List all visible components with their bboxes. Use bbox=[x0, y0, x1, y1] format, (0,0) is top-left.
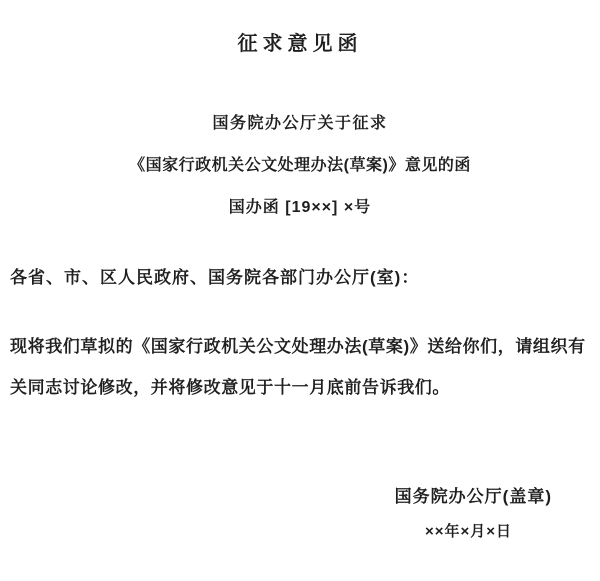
date-line: ××年×月×日 bbox=[425, 520, 512, 541]
document-number: 国办函 [19××] ×号 bbox=[0, 194, 600, 217]
document-page: 征求意见函 国务院办公厅关于征求 《国家行政机关公文处理办法(草案)》意见的函 … bbox=[0, 0, 600, 581]
salutation: 各省、市、区人民政府、国务院各部门办公厅(室)： bbox=[10, 263, 592, 288]
body-paragraph: 现将我们草拟的《国家行政机关公文处理办法(草案)》送给你们，请组织有关同志讨论修… bbox=[10, 326, 592, 408]
signature: 国务院办公厅(盖章) bbox=[395, 482, 552, 507]
heading-line-2: 《国家行政机关公文处理办法(草案)》意见的函 bbox=[0, 152, 600, 175]
document-title: 征求意见函 bbox=[0, 27, 600, 56]
heading-line-1: 国务院办公厅关于征求 bbox=[0, 110, 600, 133]
